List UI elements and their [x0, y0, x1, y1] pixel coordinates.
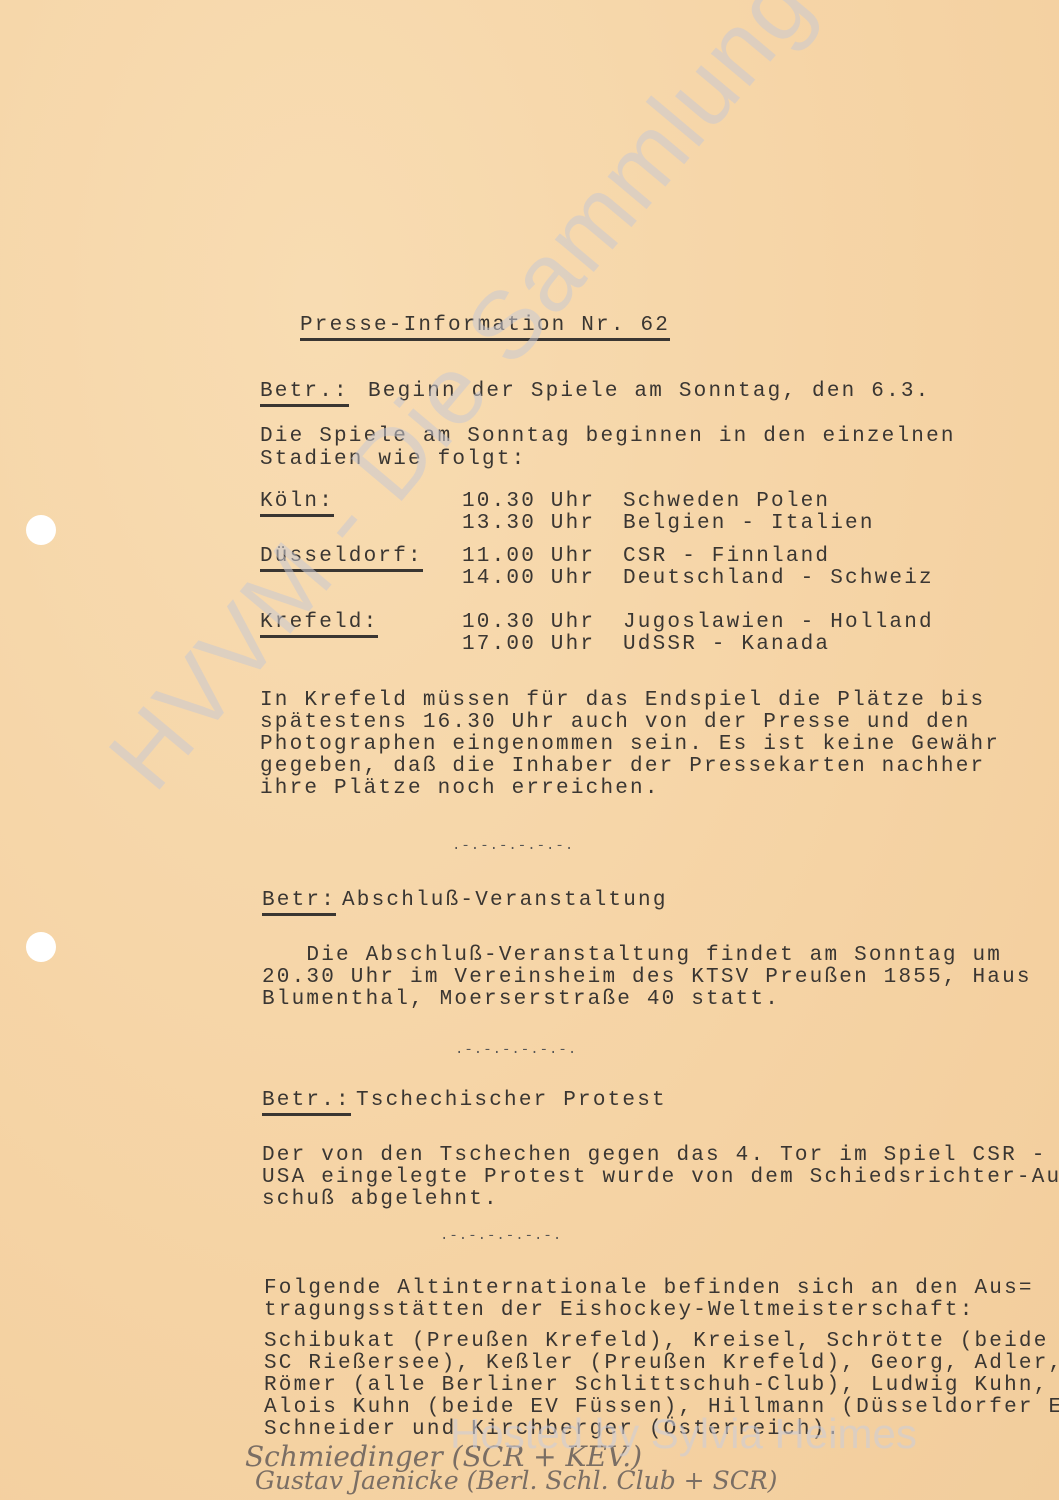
section2-body-line: Blumenthal, Moerserstraße 40 statt. [262, 989, 780, 1011]
section1-note-line: Photographen eingenommen sein. Es ist ke… [260, 734, 1000, 756]
handwritten-note: Gustav Jaenicke (Berl. Schl. Club + SCR) [255, 1466, 777, 1495]
venue-name: Köln: [260, 491, 334, 517]
section2-body-line: 20.30 Uhr im Vereinsheim des KTSV Preuße… [262, 967, 1032, 989]
section2-subject: Abschluß-Veranstaltung [342, 890, 668, 912]
section3-body-line: Der von den Tschechen gegen das 4. Tor i… [262, 1145, 1047, 1167]
section4-body-line: Schneider und Kirchberger (Österreich). [264, 1419, 841, 1441]
game-time: 14.00 Uhr [462, 568, 595, 590]
section4-body-line: SC Rießersee), Keßler (Preußen Krefeld),… [264, 1353, 1059, 1375]
page-title: Presse-Information Nr. 62 [300, 315, 670, 341]
section1-subject: Beginn der Spiele am Sonntag, den 6.3. [368, 381, 930, 403]
game-match: UdSSR - Kanada [623, 634, 830, 656]
section3-label: Betr.: [262, 1090, 351, 1116]
game-time: 11.00 Uhr [462, 546, 595, 568]
section1-note-line: gegeben, daß die Inhaber der Pressekarte… [260, 756, 985, 778]
game-time: 13.30 Uhr [462, 513, 595, 535]
game-match: Belgien - Italien [623, 513, 875, 535]
separator: .-.-.-.-.-.-. [452, 838, 574, 854]
section1-note-line: ihre Plätze noch erreichen. [260, 778, 660, 800]
game-match: Deutschland - Schweiz [623, 568, 934, 590]
game-match: CSR - Finnland [623, 546, 830, 568]
game-time: 17.00 Uhr [462, 634, 595, 656]
section1-intro-line: Die Spiele am Sonntag beginnen in den ei… [260, 426, 956, 448]
venue-name: Düsseldorf: [260, 546, 423, 572]
section4-body-line: Römer (alle Berliner Schlittschuh-Club),… [264, 1375, 1049, 1397]
punch-hole-bottom [26, 932, 56, 962]
section2-body-line: Die Abschluß-Veranstaltung findet am Son… [262, 945, 1002, 967]
venue-name: Krefeld: [260, 612, 378, 638]
game-time: 10.30 Uhr [462, 491, 595, 513]
game-time: 10.30 Uhr [462, 612, 595, 634]
section4-intro-line: Folgende Altinternationale befinden sich… [264, 1278, 1034, 1300]
section3-body-line: USA eingelegte Protest wurde von dem Sch… [262, 1167, 1059, 1189]
section4-body-line: Schibukat (Preußen Krefeld), Kreisel, Sc… [264, 1331, 1049, 1353]
section1-intro-line: Stadien wie folgt: [260, 449, 526, 471]
section3-body-line: schuß abgelehnt. [262, 1189, 499, 1211]
section4-body-line: Alois Kuhn (beide EV Füssen), Hillmann (… [264, 1397, 1059, 1419]
game-match: Jugoslawien - Holland [623, 612, 934, 634]
separator: .-.-.-.-.-.-. [455, 1042, 577, 1058]
section1-label: Betr.: [260, 381, 349, 407]
section1-note-line: spätestens 16.30 Uhr auch von der Presse… [260, 712, 971, 734]
punch-hole-top [26, 515, 56, 545]
section1-note-line: In Krefeld müssen für das Endspiel die P… [260, 690, 985, 712]
separator: .-.-.-.-.-.-. [440, 1228, 562, 1244]
section3-subject: Tschechischer Protest [356, 1090, 667, 1112]
section2-label: Betr: [262, 890, 336, 916]
section4-intro-line: tragungsstätten der Eishockey-Weltmeiste… [264, 1300, 975, 1322]
game-match: Schweden Polen [623, 491, 830, 513]
